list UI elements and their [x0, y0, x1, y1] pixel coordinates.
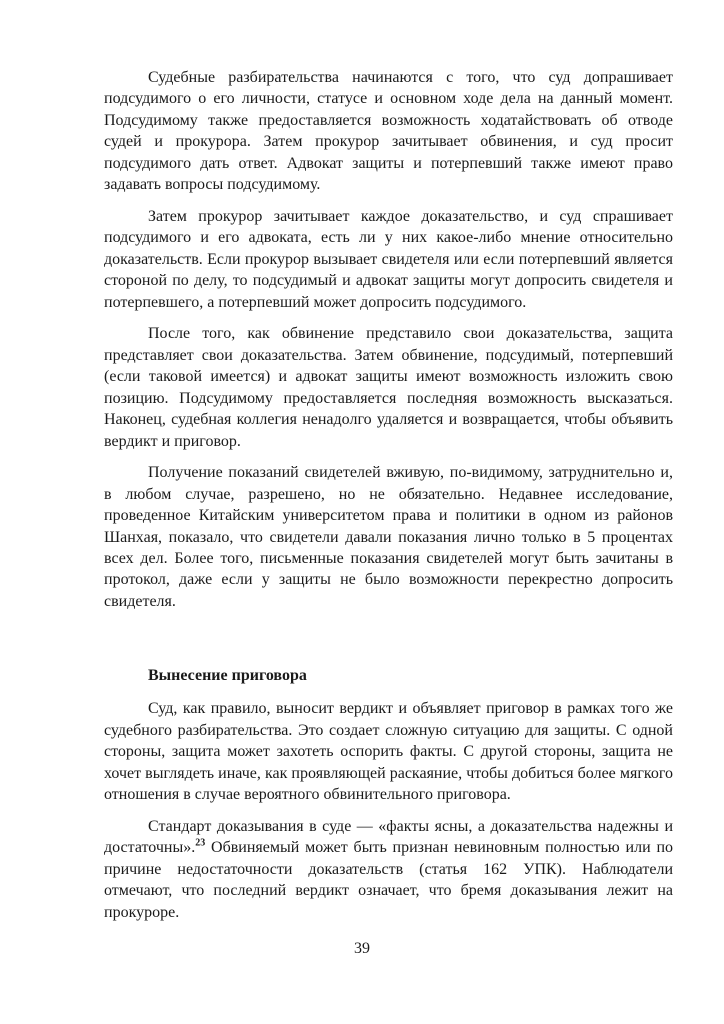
- paragraph-evidence: Затем прокурор зачитывает каждое доказат…: [104, 206, 673, 313]
- page-number: 39: [0, 940, 724, 958]
- paragraph-defense: После того, как обвинение представило св…: [104, 323, 673, 451]
- section-sentencing: Вынесение приговора Суд, как правило, вы…: [104, 665, 673, 933]
- paragraph-sentencing: Суд, как правило, выносит вердикт и объя…: [104, 698, 673, 805]
- paragraph-standard-of-proof: Стандарт доказывания в суде — «факты ясн…: [104, 816, 673, 923]
- paragraph-trial-start: Судебные разбирательства начинаются с то…: [104, 67, 673, 195]
- section-heading: Вынесение приговора: [104, 665, 673, 686]
- paragraph-witnesses: Получение показаний свидетелей вживую, п…: [104, 462, 673, 612]
- footnote-reference[interactable]: 23: [195, 838, 205, 849]
- document-body: Судебные разбирательства начинаются с то…: [104, 67, 673, 623]
